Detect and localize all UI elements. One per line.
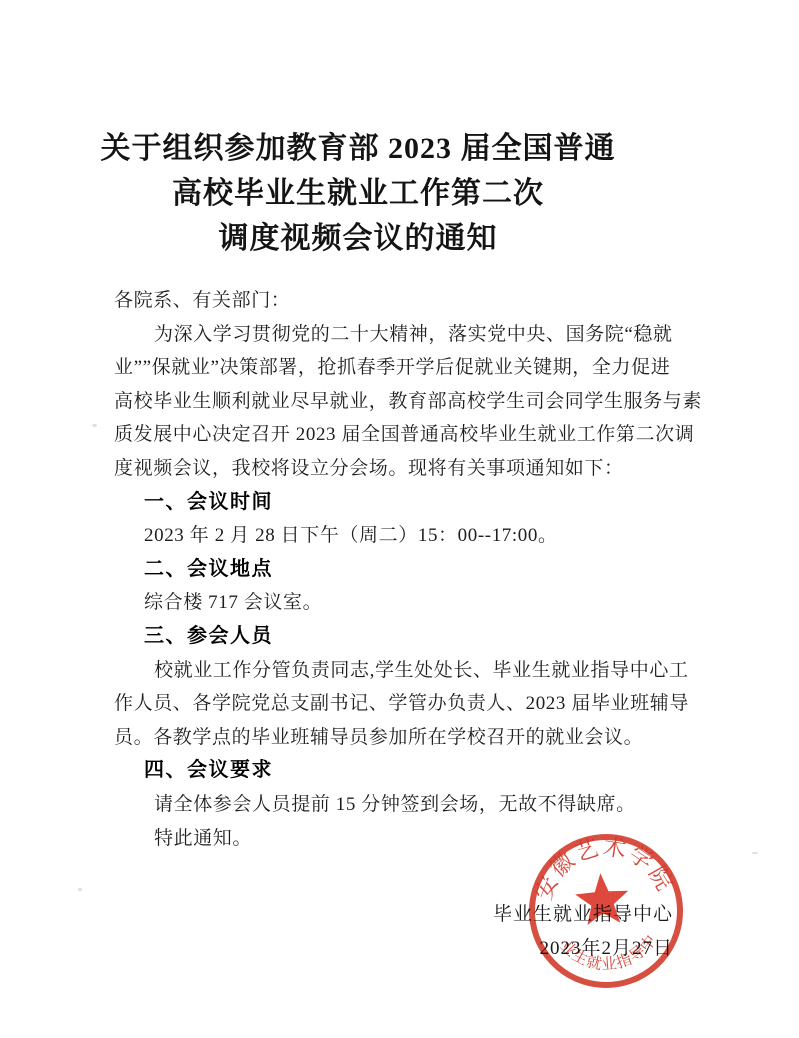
body-line: 校就业工作分管负责同志,学生处处长、毕业生就业指导中心工 bbox=[114, 654, 704, 688]
body-line: 高校毕业生顺利就业尽早就业，教育部高校学生司会同学生服务与素 bbox=[114, 385, 704, 419]
title-line: 调度视频会议的通知 bbox=[0, 216, 716, 261]
body-line: 请全体参会人员提前 15 分钟签到会场，无故不得缺席。 bbox=[114, 788, 704, 822]
red-seal-stamp: 安徽艺术学院 毕业生就业指导中心 bbox=[515, 820, 696, 1001]
body-line: 员。各教学点的毕业班辅导员参加所在学校召开的就业会议。 bbox=[114, 721, 704, 755]
notice-body: 各院系、有关部门： 为深入学习贯彻党的二十大精神，落实党中央、国务院“稳就 业”… bbox=[114, 284, 704, 855]
scan-speck bbox=[92, 424, 97, 427]
body-line: 度视频会议，我校将设立分会场。现将有关事项通知如下： bbox=[114, 452, 704, 486]
section-heading-meeting-time: 一、会议时间 bbox=[114, 486, 704, 520]
body-line: 为深入学习贯彻党的二十大精神，落实党中央、国务院“稳就 bbox=[114, 318, 704, 352]
scan-speck bbox=[78, 888, 82, 891]
notice-document-page: 关于组织参加教育部 2023 届全国普通 高校毕业生就业工作第二次 调度视频会议… bbox=[0, 0, 799, 1038]
meeting-place-line: 综合楼 717 会议室。 bbox=[114, 586, 704, 620]
salutation-line: 各院系、有关部门： bbox=[114, 284, 704, 318]
body-line: 质发展中心决定召开 2023 届全国普通高校毕业生就业工作第二次调 bbox=[114, 418, 704, 452]
body-line: 业””保就业”决策部署，抢抓春季开学后促就业关键期，全力促进 bbox=[114, 351, 704, 385]
body-line: 作人员、各学院党总支副书记、学管办负责人、2023 届毕业班辅导 bbox=[114, 687, 704, 721]
section-heading-meeting-place: 二、会议地点 bbox=[114, 553, 704, 587]
section-heading-requirements: 四、会议要求 bbox=[114, 754, 704, 788]
title-line: 高校毕业生就业工作第二次 bbox=[0, 171, 716, 216]
title-line: 关于组织参加教育部 2023 届全国普通 bbox=[0, 126, 716, 171]
meeting-time-line: 2023 年 2 月 28 日下午（周二）15：00--17:00。 bbox=[114, 519, 704, 553]
star-icon bbox=[574, 871, 631, 925]
scan-speck bbox=[752, 852, 758, 854]
section-heading-participants: 三、参会人员 bbox=[114, 620, 704, 654]
notice-title: 关于组织参加教育部 2023 届全国普通 高校毕业生就业工作第二次 调度视频会议… bbox=[0, 126, 716, 261]
